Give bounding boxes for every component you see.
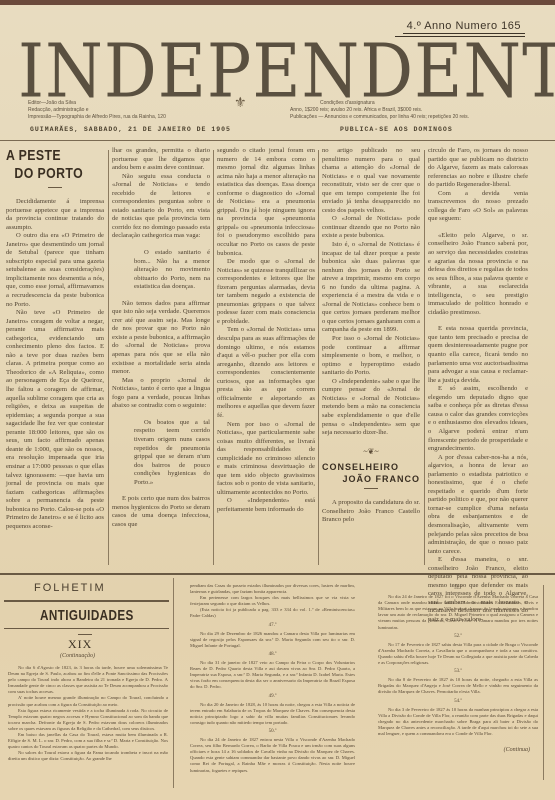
franco-headline-line-2: JOÃO FRANCO (322, 474, 420, 484)
section-number: 52.º (378, 634, 538, 640)
continua-note: (Continua) (378, 747, 538, 753)
redaccao-line: Redacção, administração e (28, 107, 166, 114)
quote: «Eleito pelo Algarve, o sr. conselheiro … (428, 232, 528, 317)
paragraph: Mas o proprio «Jornal de Noticias», tant… (112, 377, 210, 411)
paragraph: Decididamente á imprensa portuense appet… (6, 198, 104, 232)
column-divider (318, 150, 319, 565)
headline-dash (48, 187, 62, 188)
folhetim-column-1: No dia 6 d'Agosto de 1823, ás 3 horas da… (8, 665, 168, 763)
folhetim-title: ANTIGUIDADES (40, 607, 134, 624)
headline-dash (364, 488, 378, 489)
paragraph: O «Jornal de Noticias» pode continuar di… (322, 215, 420, 241)
column-3: segundo o citado jornal foram em numero … (217, 147, 315, 515)
conditions-title: Condições d'assignatura (290, 100, 469, 107)
paragraph: Em pertenesse com largos bosques dos mai… (190, 595, 355, 607)
paragraph: No dia 24 de Janeiro de 1827 entrou nest… (190, 737, 355, 774)
paragraph: no artigo publicado no seu penultimo num… (322, 147, 420, 215)
column-4: no artigo publicado no seu penultimo num… (322, 147, 420, 525)
paragraph: Tem o «Jornal de Noticias» uma desculpa … (217, 326, 315, 420)
paragraph: A' noite houve mesmo grande illuminação … (8, 695, 168, 707)
paragraph: A por d'essa caber-nos-ha a nós, algarvi… (428, 454, 528, 557)
paragraph: lhar os grandes, permitta o diario portu… (112, 147, 210, 173)
paragraph: No dia 31 de janeiro de 1827 veio ao Cam… (190, 660, 355, 690)
section-number: 51.º (378, 586, 538, 592)
paragraph: O outro dia era «O Primeiro de Janeiro» … (6, 232, 104, 309)
paragraph: O «Independente» está perfeitamente bem … (217, 497, 315, 514)
paragraph: Com a devida venia transcrevemos do noss… (428, 190, 528, 224)
paragraph: E só assim, escolhendo e elegendo um dep… (428, 385, 528, 453)
paragraph: A proposito da candidatura do sr. Consel… (322, 499, 420, 525)
page-edge (0, 0, 555, 5)
column-divider (543, 585, 544, 780)
paragraph: O «Independente» sabe o que lhe cumpre p… (322, 378, 420, 438)
paragraph: Não seguiu essa conducta o «Jornal de No… (112, 173, 210, 241)
franco-headline-line-1: CONSELHEIRO (322, 462, 399, 472)
publisher-info: Editor—João da Silva Redacção, administr… (28, 100, 166, 121)
paragraph: No 17 de Fevereiro de 1827 sahiu desta V… (378, 642, 538, 666)
column-1: A PESTE DO PORTO Decididamente á imprens… (6, 147, 104, 531)
paragraph: No dia 24 de Janeiro de 1827 foi o Visco… (378, 594, 538, 631)
chapter-number: XIX (68, 637, 92, 652)
paragraph: Isto é, o «Jornal de Noticias» é incapaz… (322, 241, 420, 335)
paragraph: E esta nossa querida provincia, que tant… (428, 325, 528, 385)
paragraph: (Esta noticia foi ja publicada a pag. 33… (190, 607, 355, 619)
publication-day: PUBLICA-SE AOS DOMINGOS (340, 126, 453, 133)
paragraph: Esta figura estava ricamente vestida e a… (8, 708, 168, 732)
subscription-info: Condições d'assignatura Anno, 1$200 reis… (290, 100, 469, 121)
folhetim-column-2: pendiam das Casas do passeio estados ill… (190, 583, 355, 774)
paragraph: No dia 29 de Dezembro de 1826 mandou a C… (190, 631, 355, 649)
column-divider (173, 578, 174, 788)
column-5: circulo de Faro, os jornaes do nosso par… (428, 147, 528, 625)
column-divider (108, 150, 109, 565)
conditions-line-2: Publicações — Annuncios e communicados, … (290, 114, 469, 121)
paragraph: E pois certo que num dos bairros menos h… (112, 495, 210, 529)
paragraph: Nem por isso o «Jornal de Noticias», que… (217, 421, 315, 498)
newspaper-page: 4.º Anno Numero 165 INDEPENDENTE Editor—… (0, 0, 555, 800)
paragraph: De modo que o «Jornal de Noticias» se qu… (217, 258, 315, 326)
dateline: GUIMARÃES, SABBADO, 21 DE JANEIRO DE 190… (30, 126, 231, 133)
quote: O estado sanitario é bom... Não ha a men… (134, 249, 210, 292)
paragraph: Em baixo das janellas da Casa do Toural,… (8, 732, 168, 750)
header-rule (0, 140, 555, 141)
section-number: 50.º (190, 729, 355, 735)
section-number: 49.º (190, 694, 355, 700)
article-headline: A PESTE DO PORTO (6, 147, 86, 183)
folhetim-rule (4, 600, 169, 602)
paragraph: No dia 8 de Fevereiro de 1827 ás 10 hora… (378, 677, 538, 695)
quote: Os boatos que a tal respeito teem corrid… (134, 419, 210, 487)
franco-headline: CONSELHEIRO JOÃO FRANCO (322, 462, 420, 484)
folhetim-title-rule (4, 628, 169, 629)
column-divider (213, 150, 214, 565)
impressao-line: Impressão—Typographia de Alfredo Pires, … (28, 114, 166, 121)
headline-line-2: DO PORTO (6, 165, 86, 183)
paragraph: segundo o citado jornal foram em numero … (217, 147, 315, 258)
paragraph: No dia 3 de Fevereiro de 1827 ás 10 hora… (378, 707, 538, 737)
editor-line: Editor—João da Silva (28, 100, 166, 107)
section-number: 53.º (378, 669, 538, 675)
folhetim-label: FOLHETIM (34, 582, 106, 594)
headline-line-1: A PESTE (6, 147, 61, 164)
paragraph: pendiam das Casas do passeio estados ill… (190, 583, 355, 595)
masthead-title: INDEPENDENTE (18, 36, 538, 108)
conditions-line-1: Anno, 1$200 reis; avulso 20 reis. Africa… (290, 107, 469, 114)
column-2: lhar os grandes, permitta o diario portu… (112, 147, 210, 529)
paragraph: Por isso o «Jornal de Noticias» pode con… (322, 335, 420, 378)
column-divider (424, 150, 425, 565)
continuation-note: (Continuação) (60, 653, 95, 659)
section-rule (0, 573, 555, 575)
section-number: 47.º (190, 623, 355, 629)
section-number: 54.º (378, 699, 538, 705)
chapter-dash (78, 634, 92, 635)
vignette-ornament-icon: ~❦~ (322, 448, 420, 457)
paragraph: No dia 20 de Janeiro de 1828, ás 10 hora… (190, 702, 355, 726)
paragraph: Não teve «O Primeiro de Janeiro» coragem… (6, 309, 104, 531)
paragraph: circulo de Faro, os jornaes do nosso par… (428, 147, 528, 190)
fleur-ornament-icon: ⚜ (234, 100, 247, 108)
paragraph: No saloes do Toural estava a figura da F… (8, 750, 168, 762)
section-number: 48.º (190, 652, 355, 658)
paragraph: No dia 6 d'Agosto de 1823, ás 3 horas da… (8, 665, 168, 695)
paragraph: Não temos dados para affirmar que isto n… (112, 300, 210, 377)
folhetim-column-3: 51.º No dia 24 de Janeiro de 1827 foi o … (378, 583, 538, 753)
